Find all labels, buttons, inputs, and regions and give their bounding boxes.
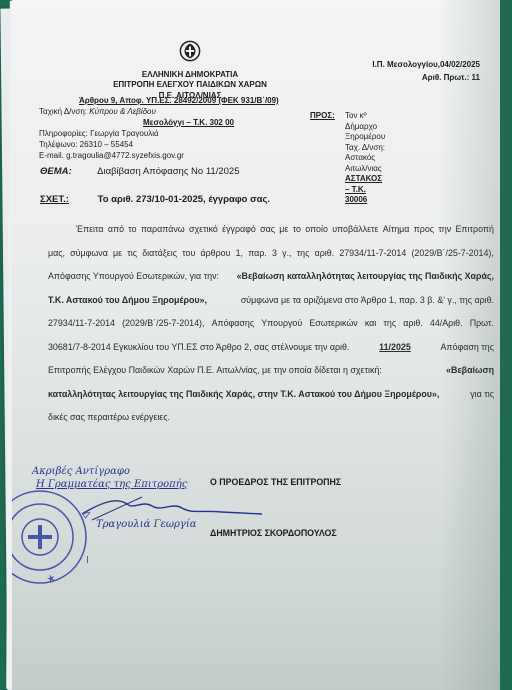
body-paragraph: Έπειτααπότοπαραπάνωσχετικόέγγραφόσαςμετο… xyxy=(48,224,494,436)
body-line: 30681/7-8-2014 Εγκυκλίου του ΥΠ.ΕΣ στο Ά… xyxy=(48,342,494,366)
body-segment: 30681/7-8-2014 Εγκυκλίου του ΥΠ.ΕΣ στο Ά… xyxy=(48,342,349,366)
body-segment: «Βεβαίωση xyxy=(446,365,494,389)
place-date: Ι.Π. Μεσολογγίου,04/02/2025 xyxy=(350,58,480,71)
body-segment: Επιτροπής Ελέγχου Παιδικών Χαρών Π.Ε. Αι… xyxy=(48,365,382,389)
related-text: Το αριθ. 273/10-01-2025, έγγραφο σας. xyxy=(98,194,270,205)
phone: Τηλέφωνο: 26310 – 55454 xyxy=(39,139,279,150)
body-segment: καταλληλότητας λειτουργίας της Παιδικής … xyxy=(48,389,439,413)
subject-line: ΘΕΜΑ: Διαβίβαση Απόφασης Νο 11/2025 xyxy=(40,166,239,177)
body-segment: «Βεβαίωση καταλληλότητας λειτουργίας της… xyxy=(237,271,494,295)
recipient-line: ΑΣΤΑΚΟΣ – Τ.Κ. 30006 xyxy=(345,174,385,206)
subject-label: ΘΕΜΑ: xyxy=(40,166,95,177)
recipient-label: ΠΡΟΣ: xyxy=(310,111,335,122)
handwritten-certification: Ακριβές Αντίγραφο Η Γραμματέας της Επιτρ… xyxy=(32,466,272,530)
related-label: ΣΧΕΤ.: xyxy=(40,194,95,205)
body-line: Τ.Κ. Αστακού του Δήμου Ξηρομέρου»,σύμφων… xyxy=(48,295,494,319)
signoff-title: Ο ΠΡΟΕΔΡΟΣ ΤΗΣ ΕΠΙΤΡΟΠΗΣ xyxy=(210,477,341,487)
body-segment: για τις xyxy=(470,389,494,413)
body-segment: 11/2025 xyxy=(379,342,411,366)
postal-address: Ταχική Δ/νση: Κύπρου & Λεβίδου xyxy=(39,106,279,117)
body-line: Επιτροπής Ελέγχου Παιδικών Χαρών Π.Ε. Αι… xyxy=(48,365,494,389)
sender-info: Άρθρου 9, Αποφ. ΥΠ.ΕΣ. 28492/2009 (ΦΕΚ 9… xyxy=(39,95,279,161)
body-line: Έπειτααπότοπαραπάνωσχετικόέγγραφόσαςμετο… xyxy=(48,224,494,248)
svg-text:★: ★ xyxy=(45,572,57,585)
protocol-number: Αριθ. Πρωτ.: 11 xyxy=(350,71,480,84)
body-line: καταλληλότητας λειτουργίας της Παιδικής … xyxy=(48,389,494,413)
city-postcode: Μεσολόγγι – Τ.Κ. 302 00 xyxy=(39,117,279,128)
document-page: ΕΛΛΗΝΙΚΗ ΔΗΜΟΚΡΑΤΙΑ ΕΠΙΤΡΟΠΗ ΕΛΕΓΧΟΥ ΠΑΙ… xyxy=(12,0,500,690)
recipient-line: Τον κº Δήμαρχο Ξηρομέρου xyxy=(345,111,385,143)
body-segment: Τ.Κ. Αστακού του Δήμου Ξηρομέρου», xyxy=(48,295,207,319)
letterhead: ΕΛΛΗΝΙΚΗ ΔΗΜΟΚΡΑΤΙΑ ΕΠΙΤΡΟΠΗ ΕΛΕΓΧΟΥ ΠΑΙ… xyxy=(100,40,280,101)
legal-reference: Άρθρου 9, Αποφ. ΥΠ.ΕΣ. 28492/2009 (ΦΕΚ 9… xyxy=(39,95,279,106)
greek-emblem-icon xyxy=(179,40,201,62)
body-line: μας,σύμφωναμετιςδιατάξειςτουάρθρου1,παρ.… xyxy=(48,248,494,272)
body-line: Απόφασης Υπουργού Εσωτερικών, για την:«Β… xyxy=(48,271,494,295)
body-segment: Απόφαση της xyxy=(441,342,494,366)
committee-name: ΕΠΙΤΡΟΠΗ ΕΛΕΓΧΟΥ ΠΑΙΔΙΚΩΝ ΧΑΡΩΝ xyxy=(100,80,280,91)
recipient-line: Ταχ. Δ/νση: Αστακός Αιτωλ/νιας xyxy=(345,143,385,175)
info-contact: Πληροφορίες: Γεωργία Τραγουλιά xyxy=(39,128,279,139)
body-segment: σύμφωνα με τα οριζόμενα στο Άρθρο 1, παρ… xyxy=(241,295,494,319)
email-link[interactable]: E-mail. g.tragoulia@4772.syzefxis.gov.gr xyxy=(39,150,279,161)
svg-text:Ι: Ι xyxy=(86,555,89,566)
body-segment: δικές σας περαιτέρω ενέργειες. xyxy=(48,412,170,436)
related-line: ΣΧΕΤ.: Το αριθ. 273/10-01-2025, έγγραφο … xyxy=(40,194,270,205)
country-name: ΕΛΛΗΝΙΚΗ ΔΗΜΟΚΡΑΤΙΑ xyxy=(100,70,280,81)
handwritten-line: Ακριβές Αντίγραφο xyxy=(32,466,272,477)
body-segment: Απόφασης Υπουργού Εσωτερικών, για την: xyxy=(48,271,219,295)
body-line: 27934/11-7-2014(2029/Β΄/25-7-2014),Απόφα… xyxy=(48,318,494,342)
signatory-name: ΔΗΜΗΤΡΙΟΣ ΣΚΟΡΔΟΠΟΥΛΟΣ xyxy=(210,528,337,538)
body-line: δικές σας περαιτέρω ενέργειες. xyxy=(48,412,494,436)
signature-icon xyxy=(72,492,272,522)
subject-text: Διαβίβαση Απόφασης Νο 11/2025 xyxy=(97,166,239,177)
document-meta: Ι.Π. Μεσολογγίου,04/02/2025 Αριθ. Πρωτ.:… xyxy=(350,58,480,84)
